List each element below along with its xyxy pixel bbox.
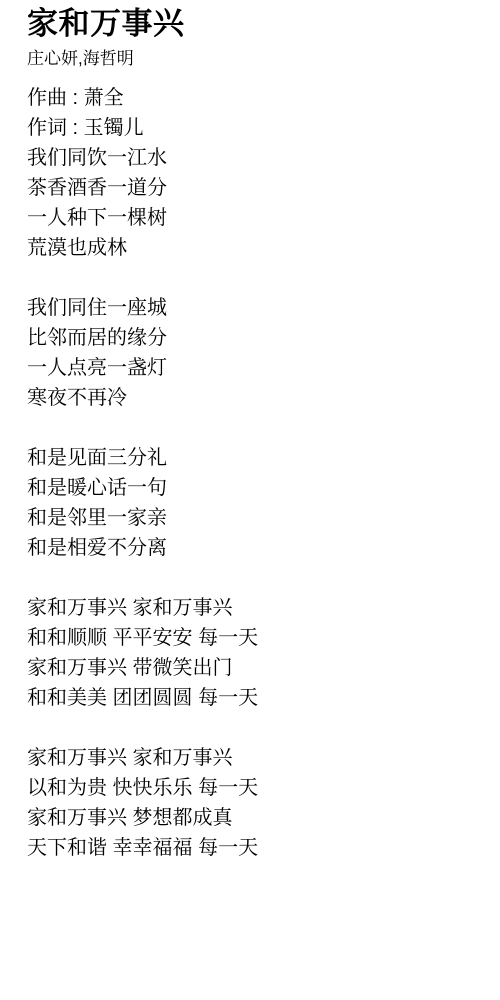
lyric-line: 和和顺顺 平平安安 每一天	[27, 623, 480, 653]
artists: 庄心妍,海哲明	[27, 48, 480, 70]
lyric-line: 作曲 : 萧全	[27, 83, 480, 113]
lyric-line: 和是相爱不分离	[27, 533, 480, 563]
stanza-gap	[27, 263, 480, 293]
lyric-line: 我们同饮一江水	[27, 143, 480, 173]
lyric-line: 天下和谐 幸幸福福 每一天	[27, 833, 480, 863]
lyric-line: 家和万事兴 带微笑出门	[27, 653, 480, 683]
lyric-line: 一人种下一棵树	[27, 203, 480, 233]
stanza-gap	[27, 563, 480, 593]
lyric-line: 荒漠也成林	[27, 233, 480, 263]
lyric-line: 一人点亮一盏灯	[27, 353, 480, 383]
stanza-gap	[27, 413, 480, 443]
lyric-line: 和是邻里一家亲	[27, 503, 480, 533]
lyrics: 作曲 : 萧全作词 : 玉镯儿我们同饮一江水茶香酒香一道分一人种下一棵树荒漠也成…	[27, 83, 480, 863]
lyric-line: 家和万事兴 家和万事兴	[27, 593, 480, 623]
lyric-line: 和是暖心话一句	[27, 473, 480, 503]
lyric-line: 作词 : 玉镯儿	[27, 113, 480, 143]
lyric-line: 和是见面三分礼	[27, 443, 480, 473]
lyrics-page: 家和万事兴 庄心妍,海哲明 作曲 : 萧全作词 : 玉镯儿我们同饮一江水茶香酒香…	[0, 0, 500, 1000]
lyric-line: 茶香酒香一道分	[27, 173, 480, 203]
lyric-line: 家和万事兴 梦想都成真	[27, 803, 480, 833]
lyric-line: 寒夜不再冷	[27, 383, 480, 413]
lyric-line: 以和为贵 快快乐乐 每一天	[27, 773, 480, 803]
stanza-gap	[27, 713, 480, 743]
page-title: 家和万事兴	[27, 5, 480, 43]
lyric-line: 和和美美 团团圆圆 每一天	[27, 683, 480, 713]
lyric-line: 我们同住一座城	[27, 293, 480, 323]
lyric-line: 比邻而居的缘分	[27, 323, 480, 353]
lyric-line: 家和万事兴 家和万事兴	[27, 743, 480, 773]
